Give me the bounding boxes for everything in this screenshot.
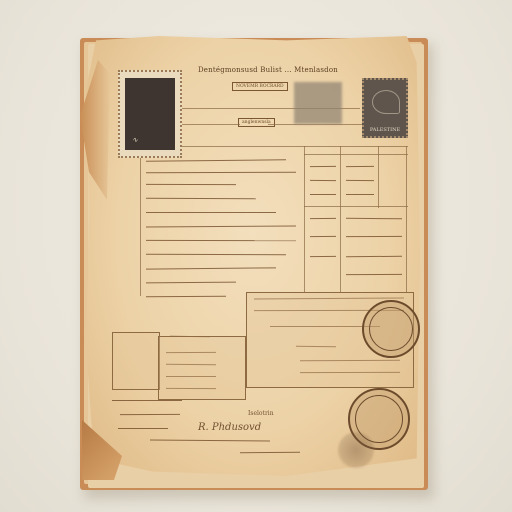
table-column-rule	[340, 146, 341, 292]
small-receipt	[112, 332, 160, 390]
bird-emblem-icon	[372, 90, 400, 114]
handwriting-stroke	[310, 166, 336, 167]
stamp-signature: ∿	[132, 136, 138, 144]
form-rule	[180, 124, 240, 125]
handwriting-stroke	[346, 194, 374, 195]
table-column-rule	[304, 146, 305, 292]
round-seal-stamp	[362, 300, 420, 358]
handwriting-stroke	[146, 184, 236, 185]
form-rule	[304, 206, 408, 207]
handwriting-stroke	[346, 274, 402, 275]
header-box-label: NOVEMR BOCRARD	[232, 82, 288, 91]
handwriting-stroke	[310, 194, 336, 195]
table-column-rule	[406, 146, 407, 292]
signature-label: Iselotrin	[248, 410, 274, 417]
field-box-label: anglenwnsla	[238, 118, 275, 127]
form-rule	[304, 154, 408, 155]
stamp-text: PALESTINE	[364, 127, 406, 133]
handwriting-stroke	[112, 400, 182, 401]
handwriting-stroke	[346, 166, 374, 167]
form-rule	[140, 146, 141, 296]
dark-postage-stamp: ∿	[118, 70, 182, 158]
handwriting-stroke	[118, 428, 168, 429]
thumbprint	[338, 432, 374, 468]
signature: R. Phdusovd	[198, 422, 261, 433]
handwriting-stroke	[310, 236, 336, 237]
ledger-slip	[158, 336, 246, 400]
bird-postage-stamp: PALESTINE	[362, 78, 408, 138]
table-column-rule	[378, 146, 379, 208]
faded-stamp	[294, 82, 342, 124]
handwriting-stroke	[146, 212, 276, 213]
document-header-title: Dentégmonsusd Bulist ... Mtenlasdon	[198, 66, 338, 74]
handwriting-stroke	[310, 256, 336, 257]
handwriting-stroke	[310, 180, 336, 181]
